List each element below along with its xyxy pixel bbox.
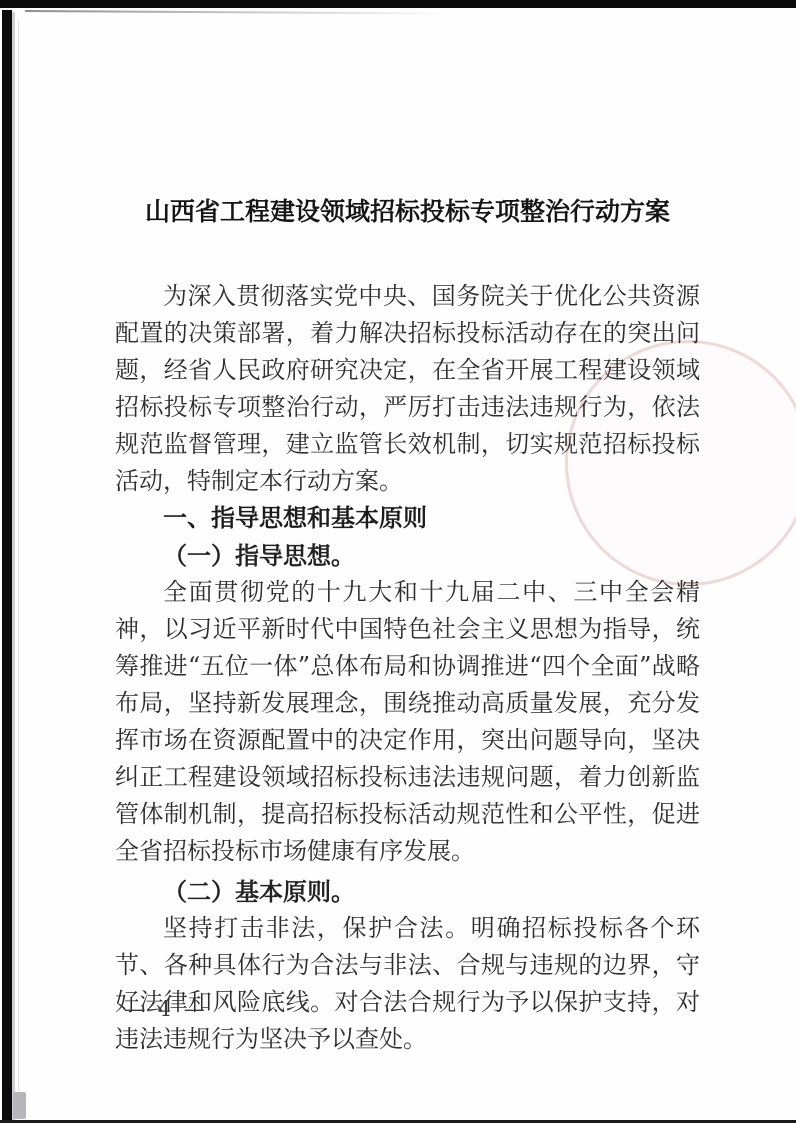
scan-artifact-top-diagonal-line <box>25 10 455 15</box>
scan-artifact-left-faint-line <box>18 20 19 1103</box>
scan-artifact-left-band <box>2 10 12 1123</box>
document-body: 为深入贯彻落实党中央、国务院关于优化公共资源配置的决策部署，着力解决招标投标活动… <box>115 278 700 1058</box>
subsection-1-heading: （一）指导思想。 <box>115 537 700 574</box>
subsection-2-heading: （二）基本原则。 <box>115 873 700 910</box>
scan-artifact-top-band <box>0 0 796 8</box>
section-1-heading: 一、指导思想和基本原则 <box>115 500 700 537</box>
intro-paragraph: 为深入贯彻落实党中央、国务院关于优化公共资源配置的决策部署，着力解决招标投标活动… <box>115 278 700 500</box>
subsection-1-body: 全面贯彻党的十九大和十九届二中、三中全会精神，以习近平新时代中国特色社会主义思想… <box>115 574 700 870</box>
page-number: — 4 — <box>124 997 208 1021</box>
scanned-page: 山西省工程建设领域招标投标专项整治行动方案 为深入贯彻落实党中央、国务院关于优化… <box>0 0 796 1123</box>
scan-artifact-left-gray-strip <box>12 12 15 1123</box>
subsection-2-body: 坚持打击非法，保护合法。明确招标投标各个环节、各种具体行为合法与非法、合规与违规… <box>115 910 700 1058</box>
scan-artifact-bottom-gray-patch <box>13 1092 26 1119</box>
document-title: 山西省工程建设领域招标投标专项整治行动方案 <box>115 192 700 228</box>
